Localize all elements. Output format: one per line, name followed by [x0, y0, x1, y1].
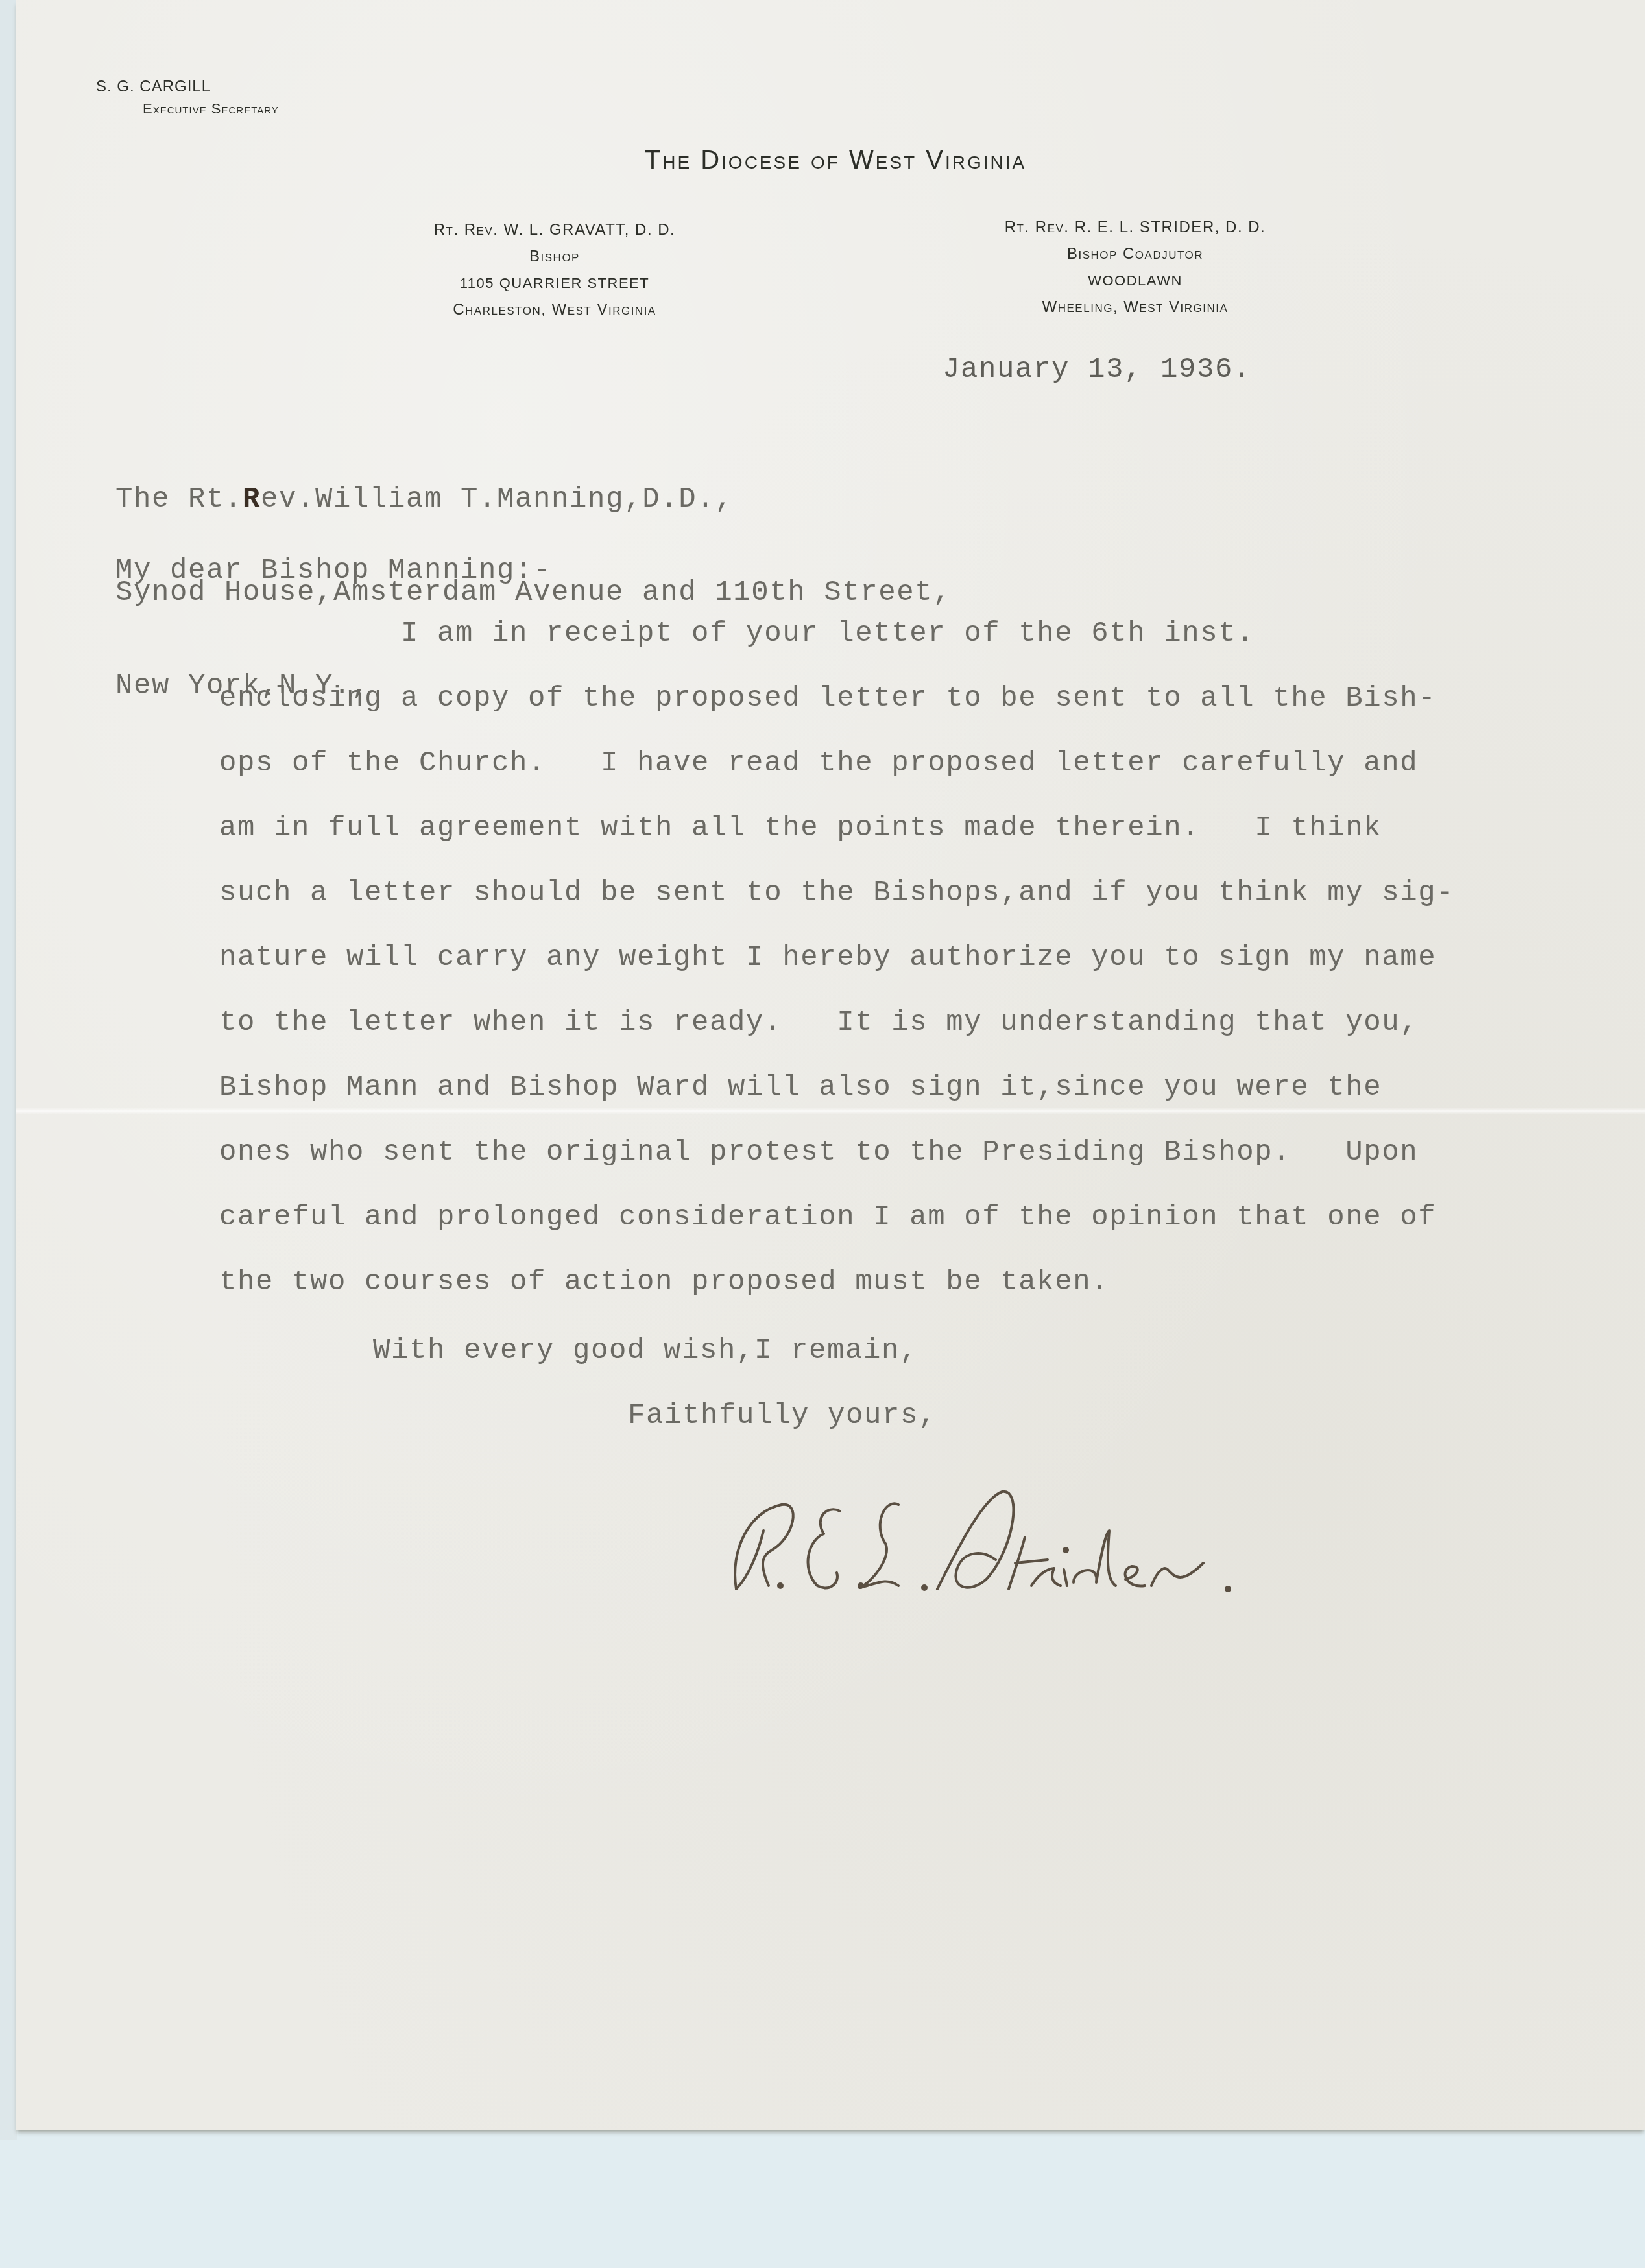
paper-fold-crease: [16, 1108, 1645, 1114]
letterhead-left-column: Rt. Rev. W. L. GRAVATT, D. D. Bishop 110…: [334, 217, 775, 323]
recipient-name: ev.William T.Manning,D.D.,: [261, 483, 733, 516]
handwritten-signature: R. E. L. Strider.: [710, 1472, 1281, 1602]
bishop-name: Rt. Rev. W. L. GRAVATT, D. D.: [334, 217, 775, 243]
coadjutor-name: Rt. Rev. R. E. L. STRIDER, D. D.: [908, 214, 1362, 241]
body-line: such a letter should be sent to the Bish…: [219, 877, 1454, 909]
body-line: am in full agreement with all the points…: [219, 812, 1382, 844]
organization-title: The Diocese of West Virginia: [0, 146, 1645, 175]
bishop-street-address: 1105 QUARRIER STREET: [334, 270, 775, 296]
salutation: My dear Bishop Manning:-: [115, 555, 551, 587]
body-line: nature will carry any weight I hereby au…: [219, 942, 1436, 974]
body-line: ops of the Church. I have read the propo…: [219, 747, 1418, 780]
coadjutor-city: Wheeling, West Virginia: [908, 294, 1362, 320]
body-line: ones who sent the original protest to th…: [219, 1136, 1418, 1169]
body-line: to the letter when it is ready. It is my…: [219, 1007, 1418, 1039]
bishop-title: Bishop: [334, 243, 775, 270]
secretary-name: S. G. CARGILL: [96, 78, 211, 96]
bishop-city: Charleston, West Virginia: [334, 296, 775, 323]
coadjutor-title: Bishop Coadjutor: [908, 241, 1362, 267]
complimentary-close: Faithfully yours,: [628, 1400, 937, 1432]
letter-page: [16, 0, 1645, 2130]
coadjutor-residence: WOODLAWN: [908, 267, 1362, 294]
body-line: I am in receipt of your letter of the 6t…: [219, 617, 1255, 650]
recipient-line-1: The Rt.Rev.William T.Manning,D.D.,: [115, 484, 951, 515]
overtyped-letter: R: [243, 483, 261, 516]
secretary-title: Executive Secretary: [143, 101, 279, 117]
body-line: careful and prolonged consideration I am…: [219, 1201, 1436, 1234]
body-line: the two courses of action proposed must …: [219, 1266, 1109, 1298]
closing-wish: With every good wish,I remain,: [373, 1335, 918, 1367]
letter-date: January 13, 1936.: [943, 353, 1251, 386]
body-line: Bishop Mann and Bishop Ward will also si…: [219, 1071, 1382, 1104]
signature-text: R. E. L. Strider.: [710, 1498, 1271, 1581]
body-line: enclosing a copy of the proposed letter …: [219, 682, 1436, 715]
recipient-prefix: The Rt.: [115, 483, 243, 516]
letterhead-right-column: Rt. Rev. R. E. L. STRIDER, D. D. Bishop …: [908, 214, 1362, 320]
scanner-background: [0, 0, 17, 2140]
